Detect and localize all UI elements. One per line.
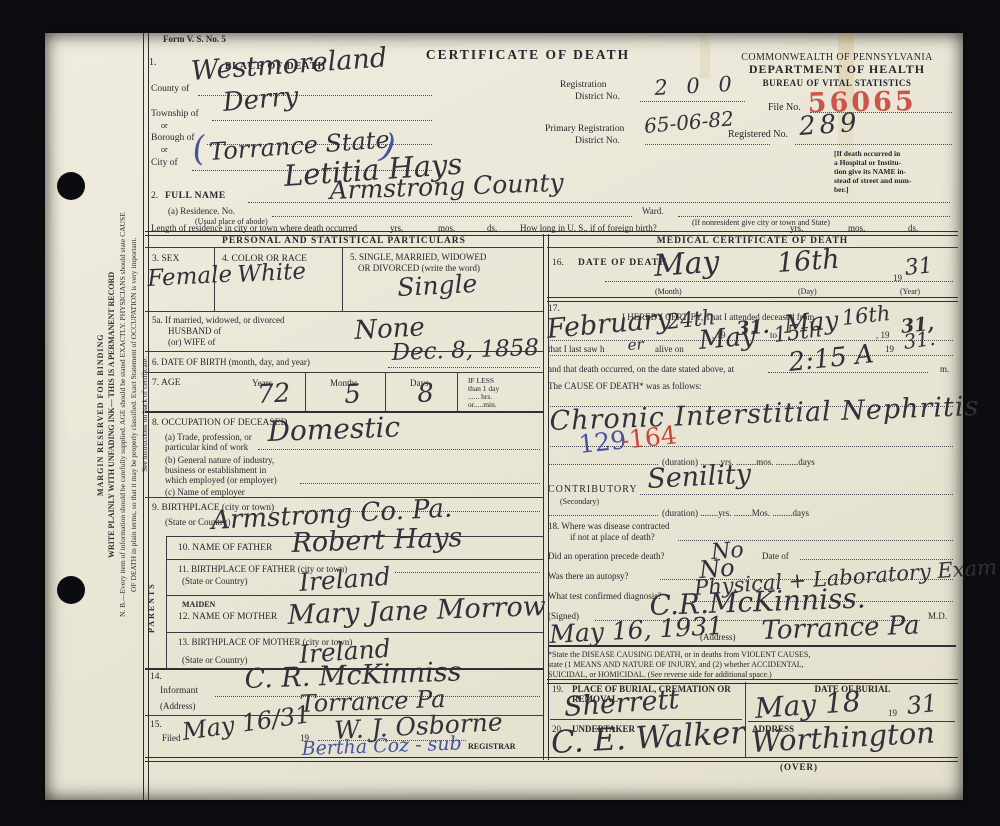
- footnote-line-3: SUICIDAL, or HOMICIDAL. (See reverse sid…: [548, 670, 772, 679]
- operation-label: Did an operation precede death?: [548, 551, 664, 561]
- marital-label-1: 5. SINGLE, MARRIED, WIDOWED: [350, 252, 486, 262]
- contributory-label: CONTRIBUTORY: [548, 484, 638, 496]
- margin-line: N. B.—Every item of information should b…: [117, 35, 128, 795]
- binder-hole-bottom: [57, 576, 85, 604]
- registrar-label: REGISTRAR: [468, 742, 516, 751]
- footnote-line-2: state (1 MEANS AND NATURE OF INJURY, and…: [548, 660, 804, 669]
- dotted-line: [640, 101, 745, 102]
- m-label: m.: [940, 364, 949, 374]
- burial-place-value: Sherrett: [563, 686, 680, 721]
- over-label: (OVER): [780, 762, 818, 772]
- yrs-label: yrs.: [790, 223, 803, 233]
- dotted-line: [640, 494, 953, 495]
- section-2-number: 2.: [151, 191, 158, 202]
- dotted-line: [548, 464, 658, 465]
- form-left-border: [143, 33, 149, 800]
- township-value: Derry: [222, 83, 300, 116]
- ds-label: ds.: [487, 223, 497, 233]
- mos-label: mos.: [848, 223, 865, 233]
- cell-divider: [457, 373, 458, 411]
- state-country-caption: (State or Country): [182, 576, 248, 586]
- rule: [145, 372, 543, 373]
- city-label: City of: [151, 158, 178, 169]
- file-no-label: File No.: [768, 102, 801, 114]
- section-19-number: 19.: [552, 684, 563, 694]
- rule: [145, 311, 543, 312]
- father-name-value: Robert Hays: [291, 524, 463, 557]
- signature-address-value: Torrance Pa: [761, 612, 920, 644]
- registration-district-label-1: Registration: [560, 80, 606, 91]
- father-birthplace-value: Ireland: [298, 564, 391, 595]
- last-saw-label: that I last saw h: [548, 344, 605, 354]
- death-certificate-scan: MARGIN RESERVED FOR BINDING WRITE PLAINL…: [0, 0, 1000, 826]
- sex-value: Female: [147, 264, 233, 291]
- how-long-us-label: How long in U. S., if of foreign birth?: [520, 223, 657, 233]
- primary-registration-label-1: Primary Registration: [545, 124, 624, 135]
- month-caption: (Month): [655, 287, 682, 296]
- date-of-label: Date of: [762, 551, 789, 561]
- rule: [166, 632, 543, 633]
- residence-value: Armstrong County: [329, 170, 564, 203]
- where-contracted-label-2: if not at place of death?: [570, 532, 655, 542]
- age-years-value: 72: [257, 380, 291, 408]
- residence-label: (a) Residence. No.: [168, 206, 235, 216]
- dotted-line: [678, 216, 950, 217]
- maiden-label: MAIDEN: [182, 600, 215, 609]
- day-caption: (Day): [798, 287, 817, 296]
- occupation-a-label-1: (a) Trade, profession, or: [165, 432, 252, 442]
- primary-registration-label-2: District No.: [575, 136, 620, 147]
- rule: [548, 645, 956, 647]
- mother-name-label: 12. NAME OF MOTHER: [178, 612, 277, 623]
- attended-to-day: 16th: [841, 303, 892, 329]
- rule: [145, 247, 543, 248]
- alive-on-label: alive on: [655, 344, 684, 354]
- dotted-line: [395, 572, 540, 573]
- yrs-label: yrs.: [390, 223, 403, 233]
- registered-no-value: 289: [798, 110, 861, 140]
- cell-divider: [305, 373, 306, 411]
- registration-district-value: 2 0 0: [654, 74, 738, 99]
- occupation-b-label-3: which employed (or employer): [165, 475, 277, 485]
- full-name-label: FULL NAME: [165, 191, 226, 202]
- township-label: Township of: [151, 109, 199, 120]
- footnote-line-1: *State the DISEASE CAUSING DEATH, or in …: [548, 650, 810, 659]
- occupation-b-label-2: business or establishment in: [165, 465, 266, 475]
- medical-section-title: MEDICAL CERTIFICATE OF DEATH: [547, 236, 958, 247]
- race-value: White: [237, 260, 307, 287]
- personal-section-title: PERSONAL AND STATISTICAL PARTICULARS: [145, 236, 543, 247]
- certificate-title: CERTIFICATE OF DEATH: [393, 47, 663, 63]
- cause-code-red: -164: [619, 422, 677, 453]
- age-label: 7. AGE: [152, 378, 181, 389]
- ward-label: Ward.: [642, 206, 664, 216]
- cell-divider: [214, 248, 215, 311]
- informant-label: Informant: [160, 686, 198, 697]
- nonresident-caption: (If nonresident give city or town and St…: [692, 218, 830, 227]
- informant-address-label: (Address): [160, 701, 196, 711]
- autopsy-label: Was there an autopsy?: [548, 571, 629, 581]
- contributory-value: Senility: [647, 461, 752, 493]
- parents-vertical-label: PARENTS: [147, 548, 156, 668]
- binder-hole-top: [57, 172, 85, 200]
- dotted-line: [258, 449, 540, 450]
- dotted-line: [605, 281, 953, 282]
- dotted-line: [548, 515, 658, 516]
- cause-intro-label: The CAUSE OF DEATH* was as follows:: [548, 381, 702, 391]
- dotted-line: [300, 483, 540, 484]
- occupation-value: Domestic: [267, 413, 401, 446]
- if-less-label-4: or.....min.: [468, 401, 497, 410]
- dotted-line: [548, 355, 953, 356]
- duration2-label: (duration) ........yrs. ........Mos. ...…: [662, 508, 809, 518]
- husband-label-1: 5a. If married, widowed, or divorced: [152, 315, 284, 325]
- dotted-line: [768, 372, 928, 373]
- ds-label: ds.: [908, 223, 918, 233]
- age-days-value: 8: [417, 380, 435, 407]
- occupation-a-label-2: particular kind of work: [165, 442, 248, 452]
- death-year-value: 31: [904, 255, 934, 280]
- dotted-line: [212, 120, 432, 121]
- section-1-number: 1.: [149, 57, 157, 69]
- her-overwrite: er: [627, 337, 644, 353]
- md-label: M.D.: [928, 611, 947, 621]
- dotted-line: [795, 144, 952, 145]
- saw-19-label: 19: [885, 344, 894, 354]
- rule: [547, 247, 958, 248]
- last-saw-year: 31.: [902, 328, 936, 352]
- parents-box-line: [166, 536, 167, 668]
- last-saw-day: 15th: [772, 319, 823, 346]
- cell-divider: [385, 373, 386, 411]
- mos-label: mos.: [438, 223, 455, 233]
- rule: [145, 497, 543, 498]
- sex-label: 3. SEX: [152, 254, 179, 265]
- signature-address-label: (Address): [700, 632, 736, 642]
- age-months-value: 5: [344, 381, 362, 408]
- last-saw-month: May: [698, 323, 757, 354]
- death-month-value: May: [653, 247, 720, 282]
- registered-no-label: Registered No.: [728, 129, 788, 141]
- form-number: Form V. S. No. 5: [163, 34, 226, 44]
- death-occurred-label: and that death occurred, on the date sta…: [548, 364, 734, 374]
- death-day-value: 16th: [776, 246, 840, 277]
- secondary-caption: (Secondary): [560, 497, 599, 506]
- occupation-c-label: (c) Name of employer: [165, 487, 245, 497]
- binding-margin-text: MARGIN RESERVED FOR BINDING WRITE PLAINL…: [95, 35, 150, 795]
- rule: [547, 297, 958, 302]
- filed-label: Filed: [162, 733, 181, 743]
- margin-line: WRITE PLAINLY WITH UNFADING INK— THIS IS…: [106, 35, 117, 795]
- dotted-line: [388, 367, 540, 368]
- section-14-number: 14.: [150, 672, 162, 683]
- state-country-caption: (State or Country): [182, 655, 248, 665]
- registration-district-label-2: District No.: [575, 92, 620, 103]
- dotted-line: [272, 216, 632, 217]
- dob-label: 6. DATE OF BIRTH (month, day, and year): [152, 357, 310, 367]
- margin-line: MARGIN RESERVED FOR BINDING: [95, 35, 106, 795]
- borough-label: Borough of: [151, 133, 195, 144]
- rule: [166, 559, 543, 560]
- year-caption: (Year): [900, 287, 920, 296]
- hospital-note-line: ber.]: [834, 186, 849, 195]
- department-line: DEPARTMENT OF HEALTH: [728, 63, 946, 77]
- burial-year-value: 31: [905, 691, 938, 718]
- length-residence-label: Length of residence in city or town wher…: [151, 223, 357, 233]
- section-16-number: 16.: [552, 258, 564, 269]
- occupation-b-label-1: (b) General nature of industry,: [165, 455, 274, 465]
- margin-line: OF DEATH in plain terms, so that it may …: [128, 35, 139, 795]
- husband-label-2: HUSBAND of: [168, 326, 221, 336]
- where-contracted-label-1: 18. Where was disease contracted: [548, 521, 670, 531]
- test-label: What test confirmed diagnosis?: [548, 591, 662, 601]
- county-label: County of: [151, 84, 189, 95]
- dob-value: Dec. 8, 1858: [391, 337, 539, 365]
- comma-19-label: , 19: [876, 330, 890, 340]
- burial-date-value: May 18: [754, 688, 861, 723]
- or-label: or: [161, 121, 168, 130]
- marital-value: Single: [397, 271, 478, 300]
- or-label: or: [161, 145, 168, 154]
- section-15-number: 15.: [150, 720, 162, 731]
- dotted-line: [645, 144, 770, 145]
- father-name-label: 10. NAME OF FATHER: [178, 543, 272, 554]
- husband-label-3: (or) WIFE of: [168, 337, 215, 347]
- cell-divider: [342, 248, 343, 311]
